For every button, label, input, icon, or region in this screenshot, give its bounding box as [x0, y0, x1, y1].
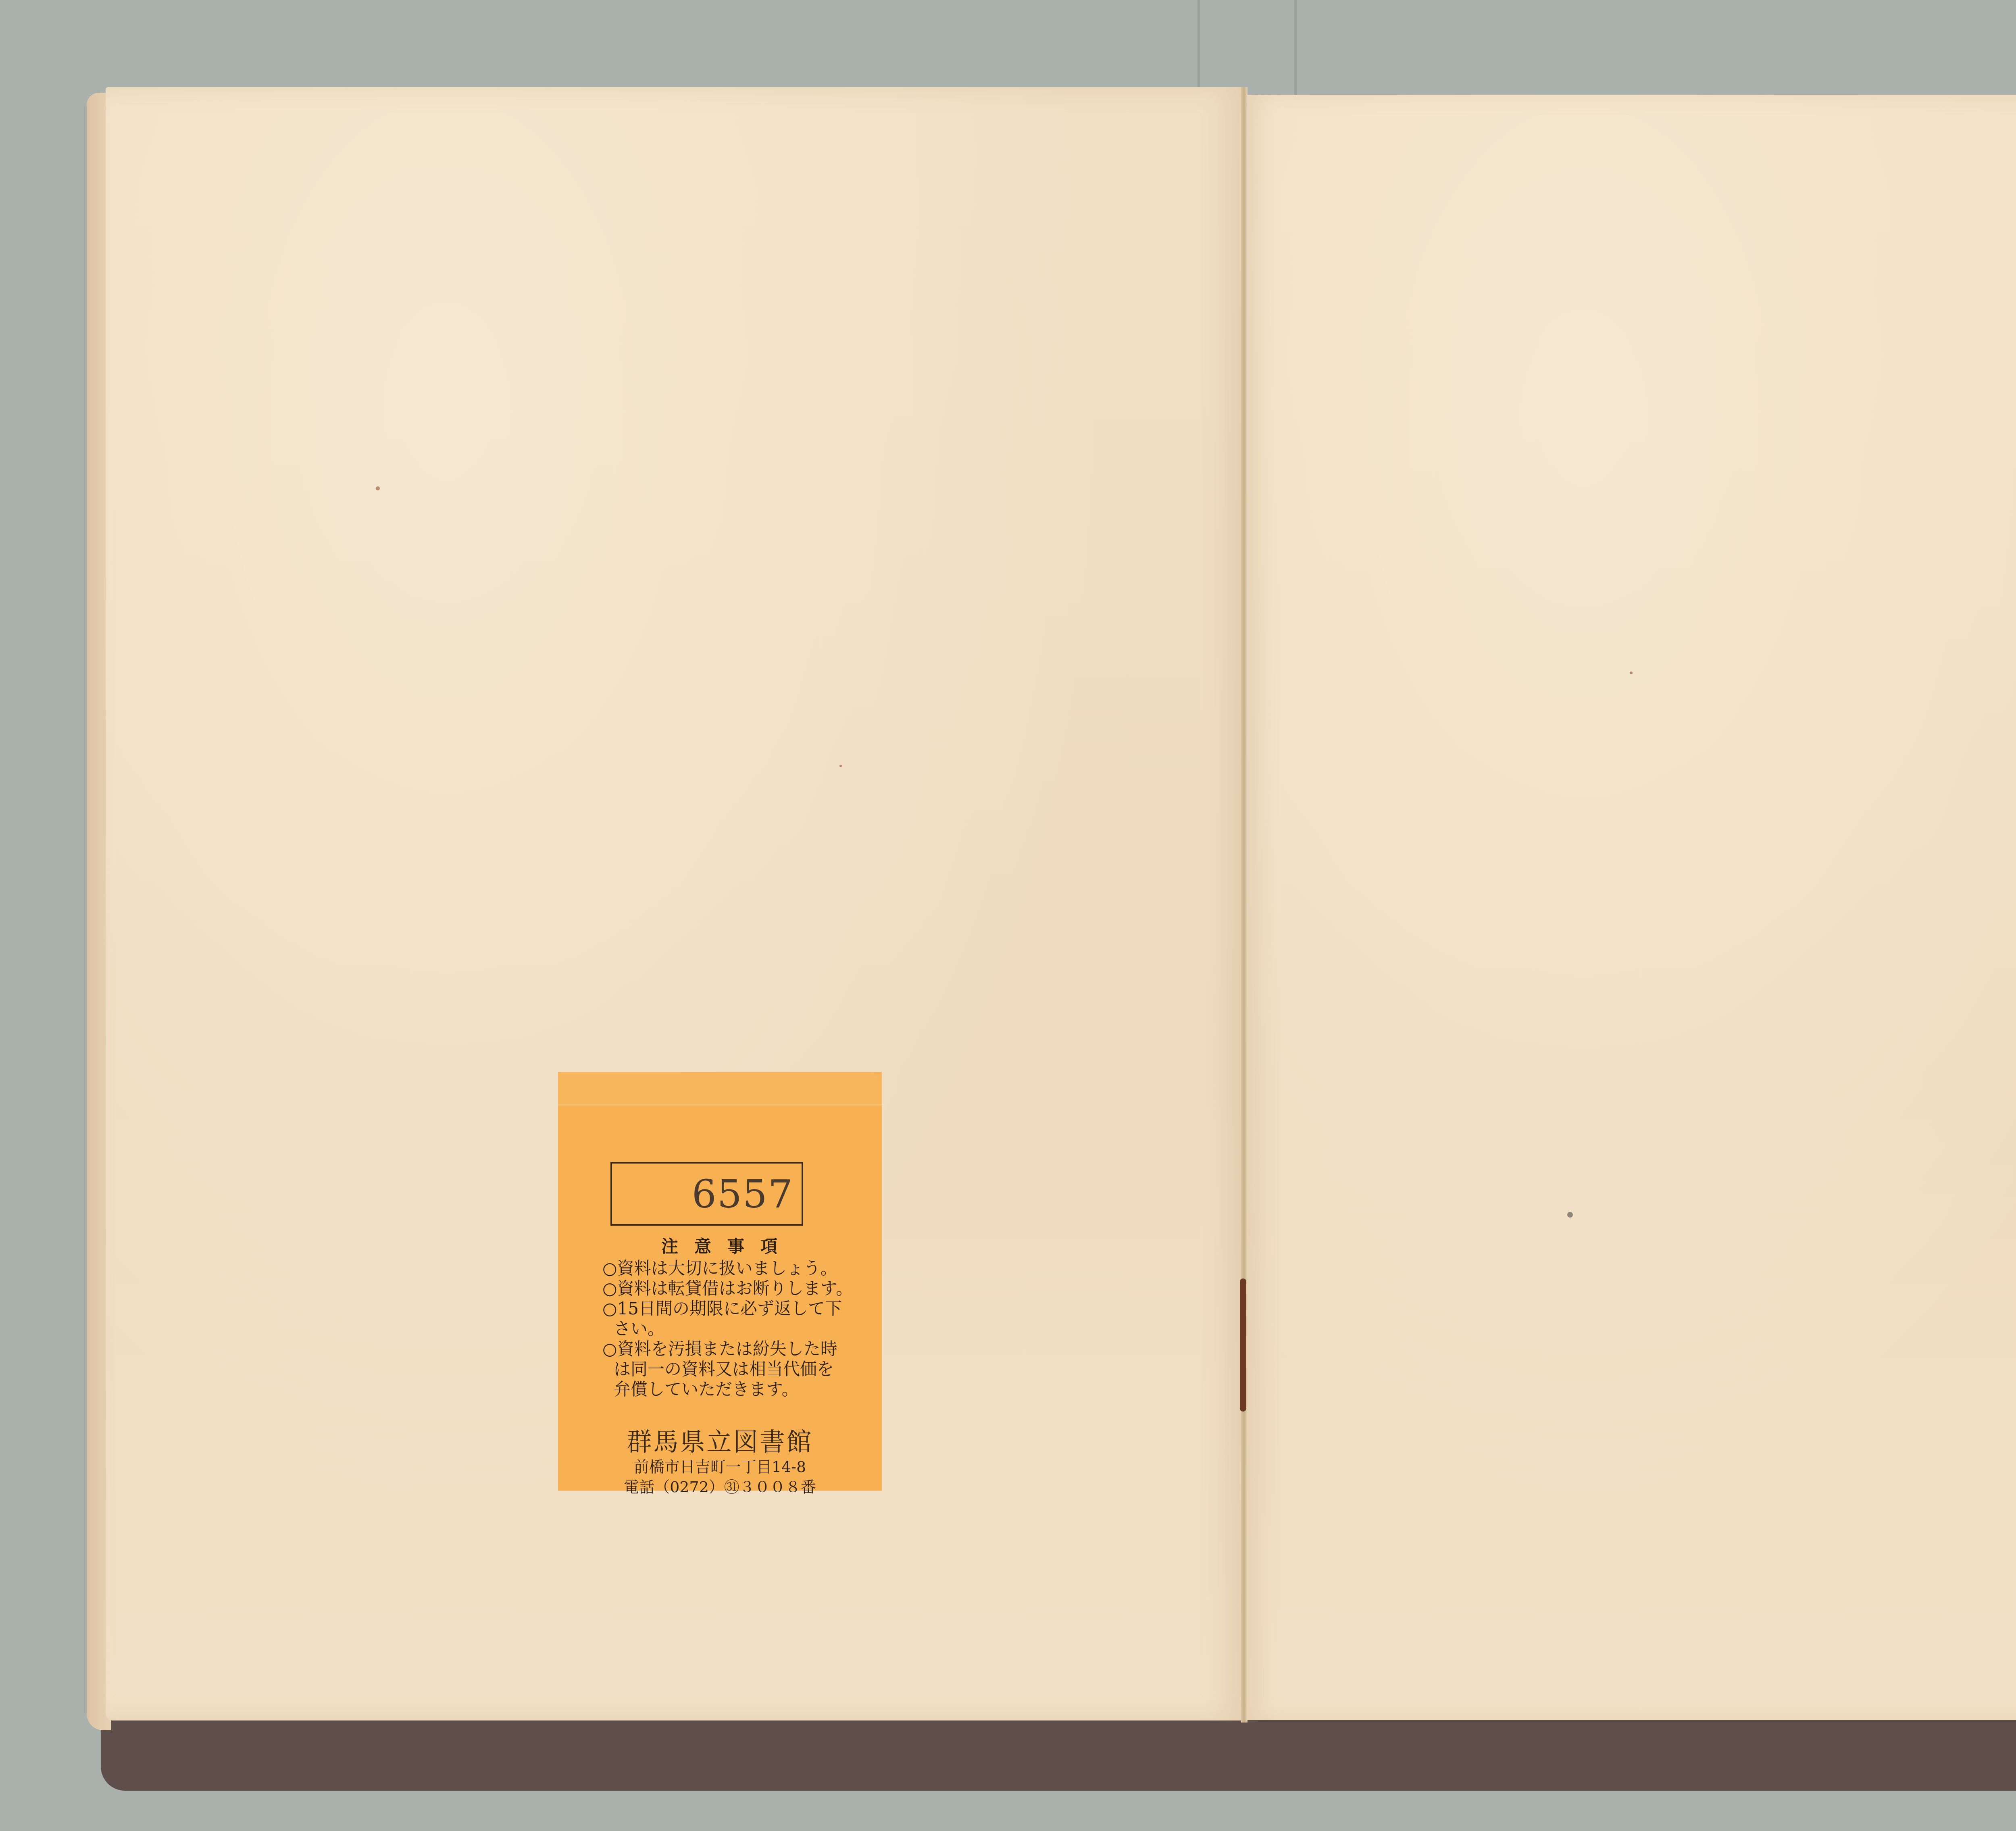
- library-name: 群馬県立図書館: [558, 1422, 882, 1458]
- right-endpage: [1247, 95, 2016, 1720]
- notice-title: 注意事項: [602, 1237, 852, 1257]
- notice-item: ○資料を汚損または紛失した時: [602, 1339, 852, 1359]
- background-seam: [1294, 0, 1297, 105]
- rusty-staple: [1240, 1278, 1246, 1412]
- library-card-pocket: 6557 注意事項 ○資料は大切に扱いましょう。 ○資料は転貸借はお断りします。…: [558, 1072, 882, 1489]
- notice-item: 弁償していただきます。: [602, 1379, 852, 1399]
- paper-speck: [1567, 1212, 1573, 1218]
- library-telephone: 電話（0272）㉛３００８番: [558, 1474, 882, 1497]
- paper-speck: [376, 486, 380, 490]
- notice-item: ○15日間の期限に必ず返して下: [602, 1299, 852, 1319]
- paper-speck: [1630, 672, 1633, 674]
- library-address: 前橋市日吉町一丁目14-8: [558, 1454, 882, 1476]
- notice-item: は同一の資料又は相当代価を: [602, 1359, 852, 1379]
- call-number: 6557: [692, 1172, 793, 1217]
- notice-item: ○資料は大切に扱いましょう。: [602, 1258, 852, 1278]
- notice-item: ○資料は転貸借はお断りします。: [602, 1278, 852, 1299]
- paper-speck: [839, 765, 842, 767]
- call-number-box: 6557: [610, 1162, 803, 1226]
- pocket-front: 6557 注意事項 ○資料は大切に扱いましょう。 ○資料は転貸借はお断りします。…: [558, 1104, 882, 1491]
- notice-item: さい。: [602, 1319, 852, 1339]
- notice-list: 注意事項 ○資料は大切に扱いましょう。 ○資料は転貸借はお断りします。 ○15日…: [602, 1237, 852, 1399]
